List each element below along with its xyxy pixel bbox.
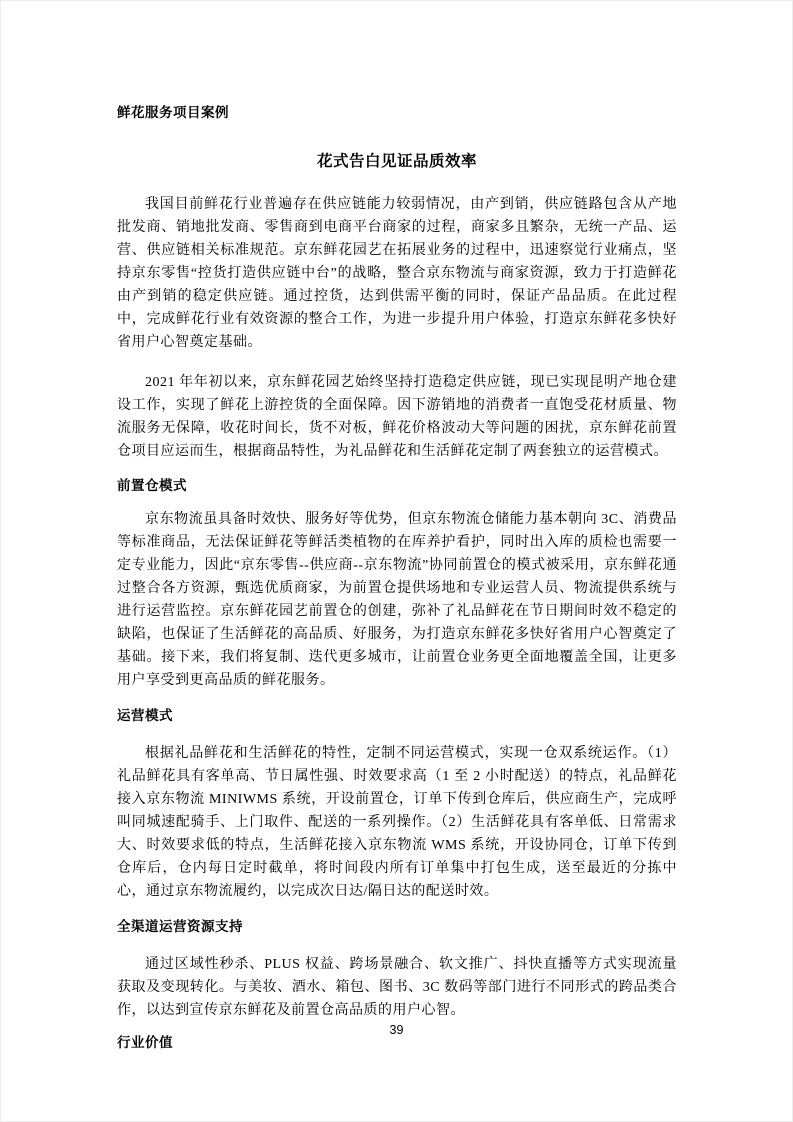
page-number: 39: [0, 1022, 793, 1038]
paragraph-omnichannel-resource-support: 通过区域性秒杀、PLUS 权益、跨场景融合、软文推广、抖快直播等方式实现流量获取…: [117, 953, 677, 1022]
paragraph-operation-model: 根据礼品鲜花和生活鲜花的特性，定制不同运营模式，实现一仓双系统运作。（1）礼品鲜…: [117, 742, 677, 903]
document-content: 鲜花服务项目案例 花式告白见证品质效率 我国目前鲜花行业普遍存在供应链能力较弱情…: [117, 104, 677, 1052]
document-title: 花式告白见证品质效率: [117, 151, 677, 172]
intro-paragraph-1: 我国目前鲜花行业普遍存在供应链能力较弱情况，由产到销，供应链路包含从产地批发商、…: [117, 193, 677, 354]
heading-forward-warehouse-model: 前置仓模式: [117, 477, 677, 495]
heading-operation-model: 运营模式: [117, 707, 677, 725]
document-page: 鲜花服务项目案例 花式告白见证品质效率 我国目前鲜花行业普遍存在供应链能力较弱情…: [0, 0, 793, 1122]
heading-omnichannel-resource-support: 全渠道运营资源支持: [117, 918, 677, 936]
section-kicker-heading: 鲜花服务项目案例: [117, 104, 677, 122]
intro-paragraph-2: 2021 年年初以来，京东鲜花园艺始终坚持打造稳定供应链，现已实现昆明产地仓建设…: [117, 371, 677, 463]
paragraph-forward-warehouse-model: 京东物流虽具备时效快、服务好等优势，但京东物流仓储能力基本朝向 3C、消费品等标…: [117, 508, 677, 692]
